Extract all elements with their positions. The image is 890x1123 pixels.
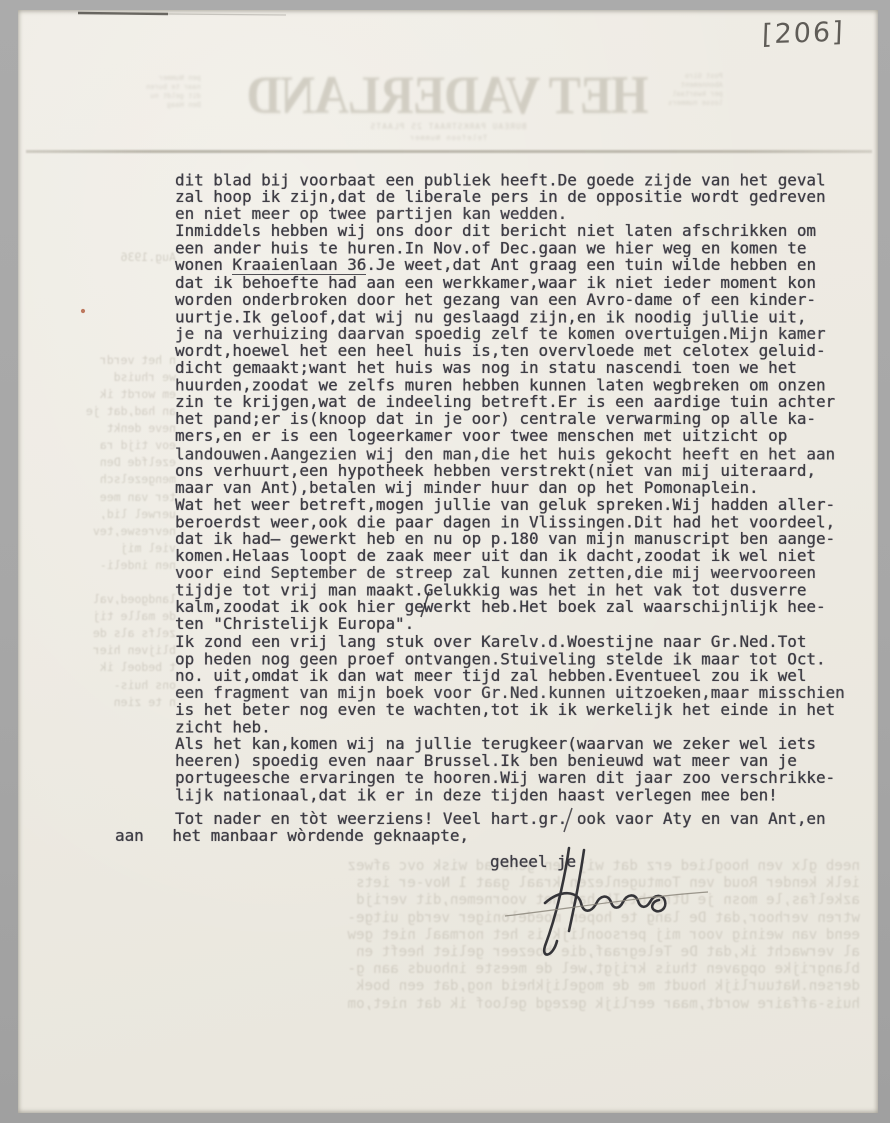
- pencil-line: [505, 892, 708, 916]
- bleedthrough-line: ielk kender Roud ven Tomtugenlezen kraal…: [102, 875, 860, 892]
- typed-line: zin te krijgen,wat de indeeling betreft.…: [175, 393, 865, 410]
- paper-edge-mark-faint: [168, 14, 286, 15]
- bleedthrough-line: [58, 232, 176, 249]
- typed-line: tijdje tot vrij man maakt.Gelukkig was h…: [175, 582, 865, 599]
- bleedthrough-line: al verwacht ik,dat De Telegraaf,die hoez…: [102, 944, 860, 961]
- typed-line: op heden nog geen proef ontvangen.Stuive…: [175, 650, 865, 667]
- scanned-letter-page: { "annotations": { "page_number": "[206]…: [0, 0, 890, 1123]
- typed-line: een ander huis te huren.In Nov.of Dec.ga…: [175, 240, 865, 257]
- typed-line: mers,en er is een logeerkamer voor twee …: [175, 427, 865, 444]
- bleedthrough-line: nen indeli-: [58, 557, 176, 574]
- typed-line: Ik zond een vrij lang stuk over Karelv.d…: [175, 633, 865, 650]
- bleedthrough-line: [58, 215, 176, 232]
- bleedthrough-line: [58, 318, 176, 335]
- typed-line: voor eind September de streep zal kunnen…: [175, 564, 865, 581]
- page-number-annotation: [206]: [761, 17, 845, 51]
- typed-line: portugeesche ervaringen te hooren.Wij wa…: [175, 769, 865, 786]
- paper-edge-mark: [78, 13, 168, 14]
- typed-line: no. uit,omdat ik dan wat meer tijd zal h…: [175, 667, 865, 684]
- bleedthrough-line: landgoed,val: [58, 591, 176, 608]
- typed-line: je na verhuizing daarvan spoedig zelf te…: [175, 325, 865, 342]
- typed-line: huurden,zoodat we zelfs muren hebben kun…: [175, 376, 865, 393]
- typed-line: en niet meer op twee partijen kan wedden…: [175, 205, 865, 222]
- bleedthrough-line: blangrijke opgaven thuis krijgt,wel de m…: [102, 961, 860, 978]
- bleedthrough-line: azkelfas,le mosn je Utrecht.Ik had het v…: [102, 892, 860, 909]
- bleedthrough-line: wtren verhoor,dat De lang te hopen moede…: [102, 910, 860, 927]
- typed-line: ons verhuurt,een hypotheek hebben verstr…: [175, 462, 865, 479]
- typed-line: worden onderbroken door het gezang van e…: [175, 291, 865, 308]
- typed-line: dit blad bij voorbaat een publiek heeft.…: [175, 171, 865, 188]
- typed-line: landouwen.Aangezien wij den man,die het …: [175, 445, 865, 462]
- bleedthrough-line: de malle tij: [58, 608, 176, 625]
- bleedthrough-line: eend van weinig voor mij persoonlijk is …: [102, 927, 860, 944]
- bleedthrough-line: [58, 300, 176, 317]
- bleedthrough-line: t bedoel ik: [58, 659, 176, 676]
- bleedthrough-line: [58, 266, 176, 283]
- typed-line: is het beter nog even te wachten,tot ik …: [175, 701, 865, 718]
- typed-line: Als het kan,komen wij na jullie terugkee…: [175, 735, 865, 752]
- bleedthrough-line: n het verdr: [58, 352, 176, 369]
- typed-line: maar van Ant),betalen wij minder huur da…: [175, 479, 865, 496]
- bleedthrough-line: we rhuisd: [58, 369, 176, 386]
- letter-body: dit blad bij voorbaat een publiek heeft.…: [175, 171, 865, 803]
- bleedthrough-line: mengezelsch: [58, 471, 176, 488]
- typed-line: Inmiddels hebben wij ons door dit berich…: [175, 222, 865, 239]
- red-ink-spot: [81, 309, 85, 313]
- bleedthrough-line: neve denkt: [58, 420, 176, 437]
- bleedthrough-line: ezelfde Den: [58, 454, 176, 471]
- typed-line: wonen Kraaienlaan 36.Je weet,dat Ant gra…: [175, 256, 865, 273]
- typed-line: Wat het weer betreft,mogen jullie van ge…: [175, 496, 865, 513]
- closing-line-geknaapte: aan het manbaar wòrdende geknaapte,: [115, 827, 469, 844]
- typed-line: een fragment van mijn boek voor Gr.Ned.k…: [175, 684, 865, 701]
- typed-line: wordt,hoewel het een heel huis is,ten ov…: [175, 342, 865, 359]
- typed-line: uurtje.Ik geloof,dat wij nu geslaagd zij…: [175, 308, 865, 325]
- typed-line: komen.Helaas loopt de zaak meer uit dan …: [175, 547, 865, 564]
- letterhead-bleed-title: HET VADERLAND: [18, 63, 878, 126]
- bleedthrough-line: n te zien: [58, 694, 176, 711]
- letterhead-bleed-left-column: pen Nummer naar te buren dit geldt nu De…: [146, 74, 201, 110]
- bleedthrough-line: viel mij: [58, 540, 176, 557]
- bleedthrough-line: blijven hier: [58, 642, 176, 659]
- bleedthrough-line: [58, 283, 176, 300]
- bleedthrough-line: zelfs als de: [58, 625, 176, 642]
- typed-line: zal hoop ik zijn,dat de liberale pers in…: [175, 188, 865, 205]
- bleedthrough-line: em wordt ik: [58, 386, 176, 403]
- letterhead-bleed-right-column: Post Giro Abonnement per kwartaal losse …: [668, 72, 723, 108]
- typed-line: beroerdst weer,ook die paar dagen in Vli…: [175, 513, 865, 530]
- closing-salutation: Tot nader en tòt weerziens! Veel hart.gr…: [175, 810, 826, 827]
- bleedthrough-line: [58, 335, 176, 352]
- typed-line: heeren) spoedig even naar Brussel.Ik ben…: [175, 752, 865, 769]
- bleedthrough-line: [58, 574, 176, 591]
- bleedthrough-bottom-block: neeb glx ven hooglied erz dat wij een ge…: [102, 858, 860, 1013]
- typed-line: dat ik behoefte had aan een werkkamer,wa…: [175, 274, 865, 291]
- valediction: geheel je: [490, 853, 576, 870]
- letterhead-bleed-subline1: BUREAU PARKSTRAAT 25 PLAATS: [18, 122, 878, 131]
- bleedthrough-line: uerwel lid,: [58, 506, 176, 523]
- bleedthrough-left-column: Aug.1936 n het verdrwe rhuisdem wordt ik…: [58, 215, 176, 728]
- bleedthrough-line: neeb glx ven hooglied erz dat wij een ge…: [102, 858, 860, 875]
- bleedthrough-line: ter van mee: [58, 489, 176, 506]
- typed-line: lijk nationaal,dat ik er in deze tijden …: [175, 787, 865, 804]
- typed-line: dicht gemaakt;want het huis was nog in s…: [175, 359, 865, 376]
- letter-paper: HET VADERLAND BUREAU PARKSTRAAT 25 PLAAT…: [18, 10, 878, 1113]
- typed-line: dat ik had̶ gewerkt heb en nu op p.180 v…: [175, 530, 865, 547]
- bleedthrough-line: huis-affaire wordt,maar eerlijk gezegd g…: [102, 996, 860, 1013]
- typed-line: ten "Christelijk Europa".: [175, 615, 865, 632]
- bleedthrough-line: Aug.1936: [58, 249, 176, 266]
- letterhead-bleed-rule: [26, 150, 872, 153]
- typed-line: het pand;er is(knoop dat in je oor) cent…: [175, 410, 865, 427]
- bleedthrough-line: eov tijd ra: [58, 437, 176, 454]
- bleedthrough-line: an had,dat je: [58, 403, 176, 420]
- bleedthrough-line: ons huis-: [58, 677, 176, 694]
- letterhead-bleed-subline2: Telefoon Nummer: [18, 134, 878, 142]
- typed-line: zicht heb.: [175, 718, 865, 735]
- bleedthrough-line: nevreswe,tev: [58, 523, 176, 540]
- typed-line: kalm,zoodat ik ook hier gewerkt heb.Het …: [175, 598, 865, 615]
- bleedthrough-line: dersen.Natuurlijk houdt me de mogelijkhe…: [102, 978, 860, 995]
- bleedthrough-line: [58, 711, 176, 728]
